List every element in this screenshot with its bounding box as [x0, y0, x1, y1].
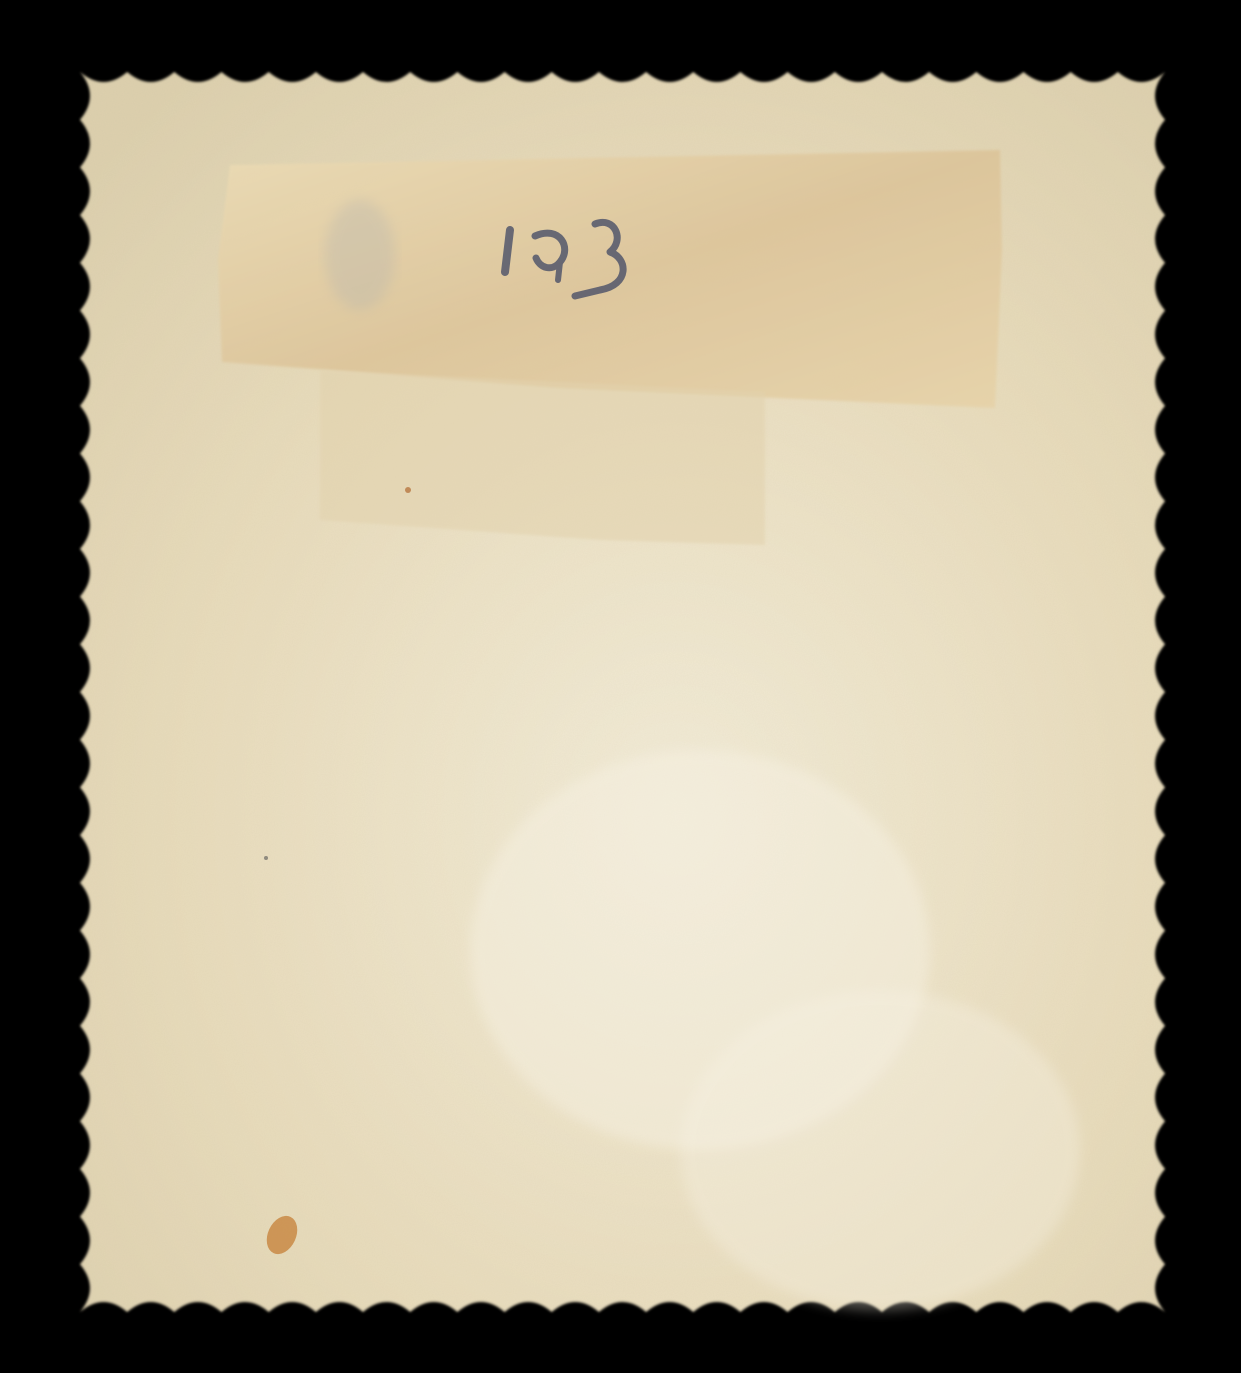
stamp-photo: 193 — [0, 0, 1241, 1373]
hinge-remnant-small — [320, 370, 765, 545]
stamp-hinge — [218, 150, 1002, 408]
